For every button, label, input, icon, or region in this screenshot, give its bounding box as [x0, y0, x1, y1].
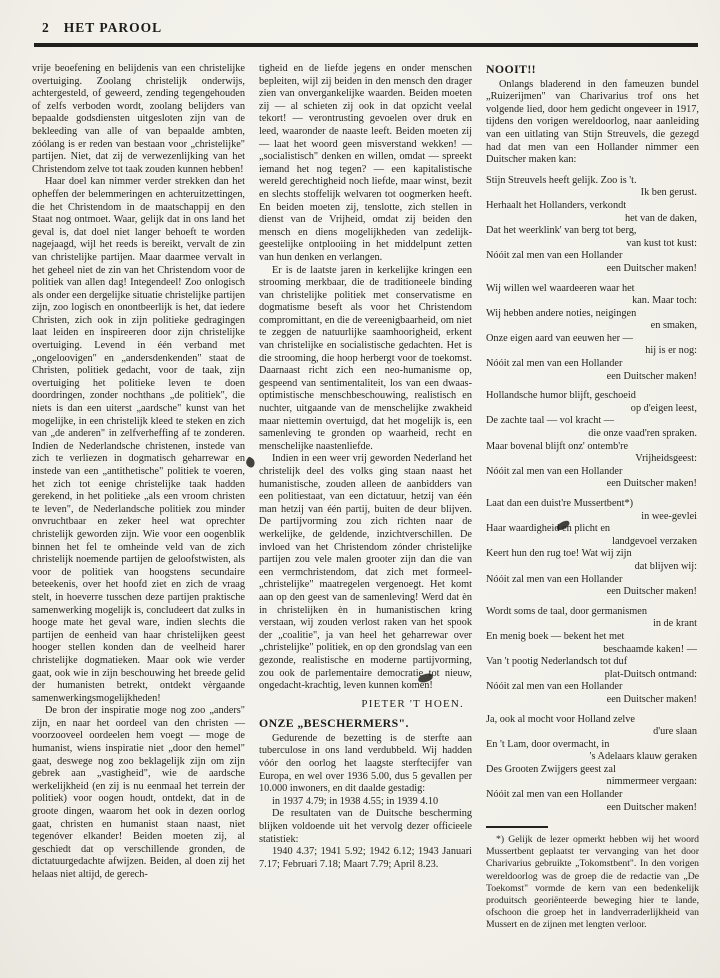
paragraph: De resultaten van de Duitsche beschermin…	[259, 808, 472, 846]
poem-line: Herhaalt het Hollanders, verkondt	[486, 200, 699, 213]
section-beschermers-body: Gedurende de bezetting is de sterfte aan…	[259, 733, 472, 872]
poem-line: nimmermeer vergaan:	[486, 776, 699, 789]
paragraph: Gedurende de bezetting is de sterfte aan…	[259, 733, 472, 796]
poem-line: Ja, ook al mocht voor Holland zelve	[486, 714, 699, 727]
paragraph: 1940 4.37; 1941 5.92; 1942 6.12; 1943 Ja…	[259, 846, 472, 871]
poem-line: een Duitscher maken!	[486, 263, 699, 276]
poem-line: hij is er nog:	[486, 345, 699, 358]
newspaper-title: HET PAROOL	[64, 20, 162, 35]
poem-line: Nóóit zal men van een Hollander	[486, 681, 699, 694]
paragraph: in 1937 4.79; in 1938 4.55; in 1939 4.10	[259, 796, 472, 809]
column-right: NOOIT!! Onlangs bladerend in den fameuze…	[486, 63, 699, 931]
poem-line: Maar bovenal blijft onz' ontemb're	[486, 441, 699, 454]
poem-line: in de krant	[486, 618, 699, 631]
poem-line: van kust tot kust:	[486, 238, 699, 251]
column-middle: tigheid en de liefde jegens en onder men…	[259, 63, 472, 931]
article-left-body: vrije beoefening en belijdenis van een c…	[32, 63, 245, 882]
paragraph: De bron der inspiratie moge nog zoo „and…	[32, 705, 245, 881]
column-left: vrije beoefening en belijdenis van een c…	[32, 63, 245, 931]
poem-line: En menig boek — bekent het met	[486, 631, 699, 644]
poem-line: Nóóit zal men van een Hollander	[486, 789, 699, 802]
poem-line: Wij hebben andere noties, neigingen	[486, 308, 699, 321]
paragraph: Haar doel kan nimmer verder strekken dan…	[32, 176, 245, 705]
poem-line	[486, 276, 699, 283]
poem-line: Wij willen wel waardeeren waar het	[486, 283, 699, 296]
poem-line: kan. Maar toch:	[486, 295, 699, 308]
poem-line: plat-Duitsch ontmand:	[486, 669, 699, 682]
paragraph: Er is de laatste jaren in kerkelijke kri…	[259, 265, 472, 454]
poem-line: Keert hun den rug toe! Wat wij zijn	[486, 548, 699, 561]
poem-line: een Duitscher maken!	[486, 478, 699, 491]
poem-line: Dat het weerklink' van berg tot berg,	[486, 225, 699, 238]
poem-line	[486, 599, 699, 606]
poem-line: een Duitscher maken!	[486, 371, 699, 384]
section-heading-nooit: NOOIT!!	[486, 63, 699, 76]
poem-line: een Duitscher maken!	[486, 586, 699, 599]
poem-line: een Duitscher maken!	[486, 802, 699, 815]
masthead-rule	[34, 43, 698, 47]
footnote-rule	[486, 826, 548, 828]
poem-line: Vrijheidsgeest:	[486, 453, 699, 466]
poem-line: die onze vaad'ren spraken.	[486, 428, 699, 441]
newspaper-page: 2HET PAROOL vrije beoefening en belijden…	[0, 0, 720, 931]
poem-line: Hollandsche humor blijft, geschoeid	[486, 390, 699, 403]
poem-line: d'ure slaan	[486, 726, 699, 739]
poem-line	[486, 707, 699, 714]
paragraph: tigheid en de liefde jegens en onder men…	[259, 63, 472, 265]
article-signature: PIETER 'T HOEN.	[259, 698, 472, 711]
poem-line: Laat dan een duist're Mussertbent*)	[486, 498, 699, 511]
column-layout: vrije beoefening en belijdenis van een c…	[32, 63, 700, 931]
poem-line: Van 't pootig Nederlandsch tot duf	[486, 656, 699, 669]
poem-line	[486, 383, 699, 390]
page-number: 2	[42, 20, 50, 35]
poem-line: en smaken,	[486, 320, 699, 333]
poem-line: 's Adelaars klauw geraken	[486, 751, 699, 764]
poem-line: Nóóit zal men van een Hollander	[486, 574, 699, 587]
footnote: *) Gelijk de lezer opmerkt hebben wij he…	[486, 834, 699, 931]
poem-line: Ik ben gerust.	[486, 187, 699, 200]
poem-line: Onze eigen aard van eeuwen her —	[486, 333, 699, 346]
poem-line: Nóóit zal men van een Hollander	[486, 358, 699, 371]
article-middle-body: tigheid en de liefde jegens en onder men…	[259, 63, 472, 693]
poem-line: in wee-gevlei	[486, 511, 699, 524]
poem-line: het van de daken,	[486, 213, 699, 226]
poem-line: dat blijven wij:	[486, 561, 699, 574]
poem-line: Nóóit zal men van een Hollander	[486, 250, 699, 263]
poem-line: op d'eigen leest,	[486, 403, 699, 416]
poem-line: Haar waardigheid en plicht en	[486, 523, 699, 536]
poem-line: De zachte taal — vol kracht —	[486, 415, 699, 428]
poem-line	[486, 491, 699, 498]
poem-line: een Duitscher maken!	[486, 694, 699, 707]
poem-line: landgevoel verzaken	[486, 536, 699, 549]
masthead: 2HET PAROOL	[42, 20, 700, 36]
paragraph: vrije beoefening en belijdenis van een c…	[32, 63, 245, 176]
poem-line: En 't Lam, door overmacht, in	[486, 739, 699, 752]
poem-intro: Onlangs bladerend in den fameuzen bundel…	[486, 79, 699, 167]
poem: Stijn Streuvels heeft gelijk. Zoo is 't.…	[486, 175, 699, 815]
poem-line: Nóóit zal men van een Hollander	[486, 466, 699, 479]
poem-line: Stijn Streuvels heeft gelijk. Zoo is 't.	[486, 175, 699, 188]
section-heading-beschermers: ONZE „BESCHERMERS".	[259, 717, 472, 730]
poem-line: beschaamde kaken! —	[486, 644, 699, 657]
paragraph: Indien in een weer vrij geworden Nederla…	[259, 453, 472, 692]
poem-line: Wordt soms de taal, door germanismen	[486, 606, 699, 619]
poem-line: Des Grooten Zwijgers geest zal	[486, 764, 699, 777]
